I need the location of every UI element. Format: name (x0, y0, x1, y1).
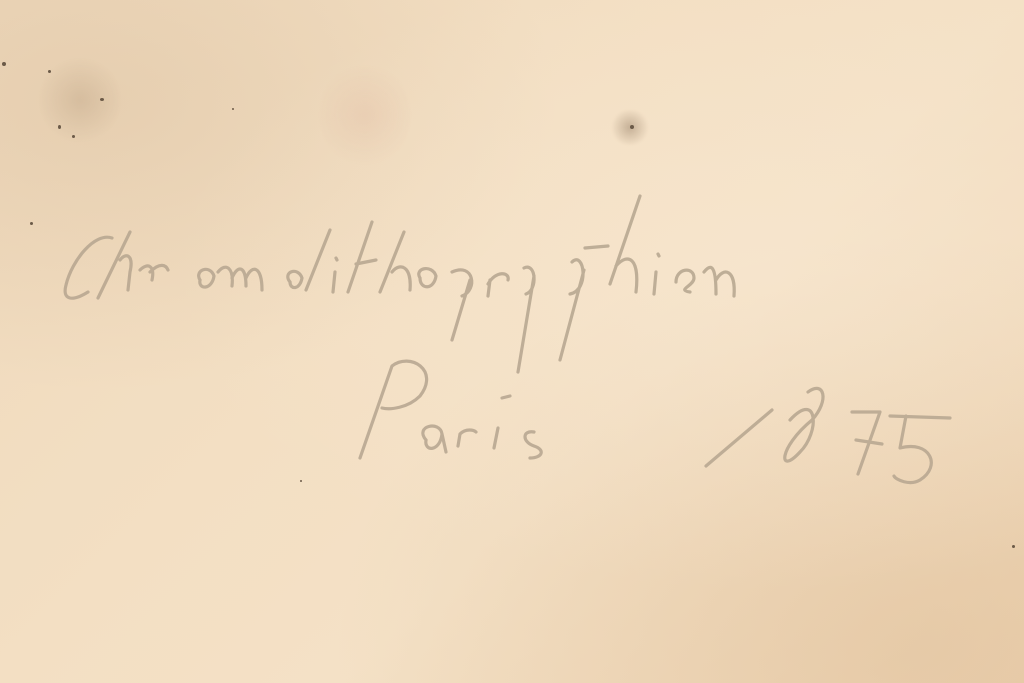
handwriting-line-2 (360, 361, 950, 482)
pencil-handwriting (0, 0, 1024, 683)
aged-paper: Chromolithographien Paris 1875 (0, 0, 1024, 683)
handwriting-line-1 (65, 196, 734, 372)
